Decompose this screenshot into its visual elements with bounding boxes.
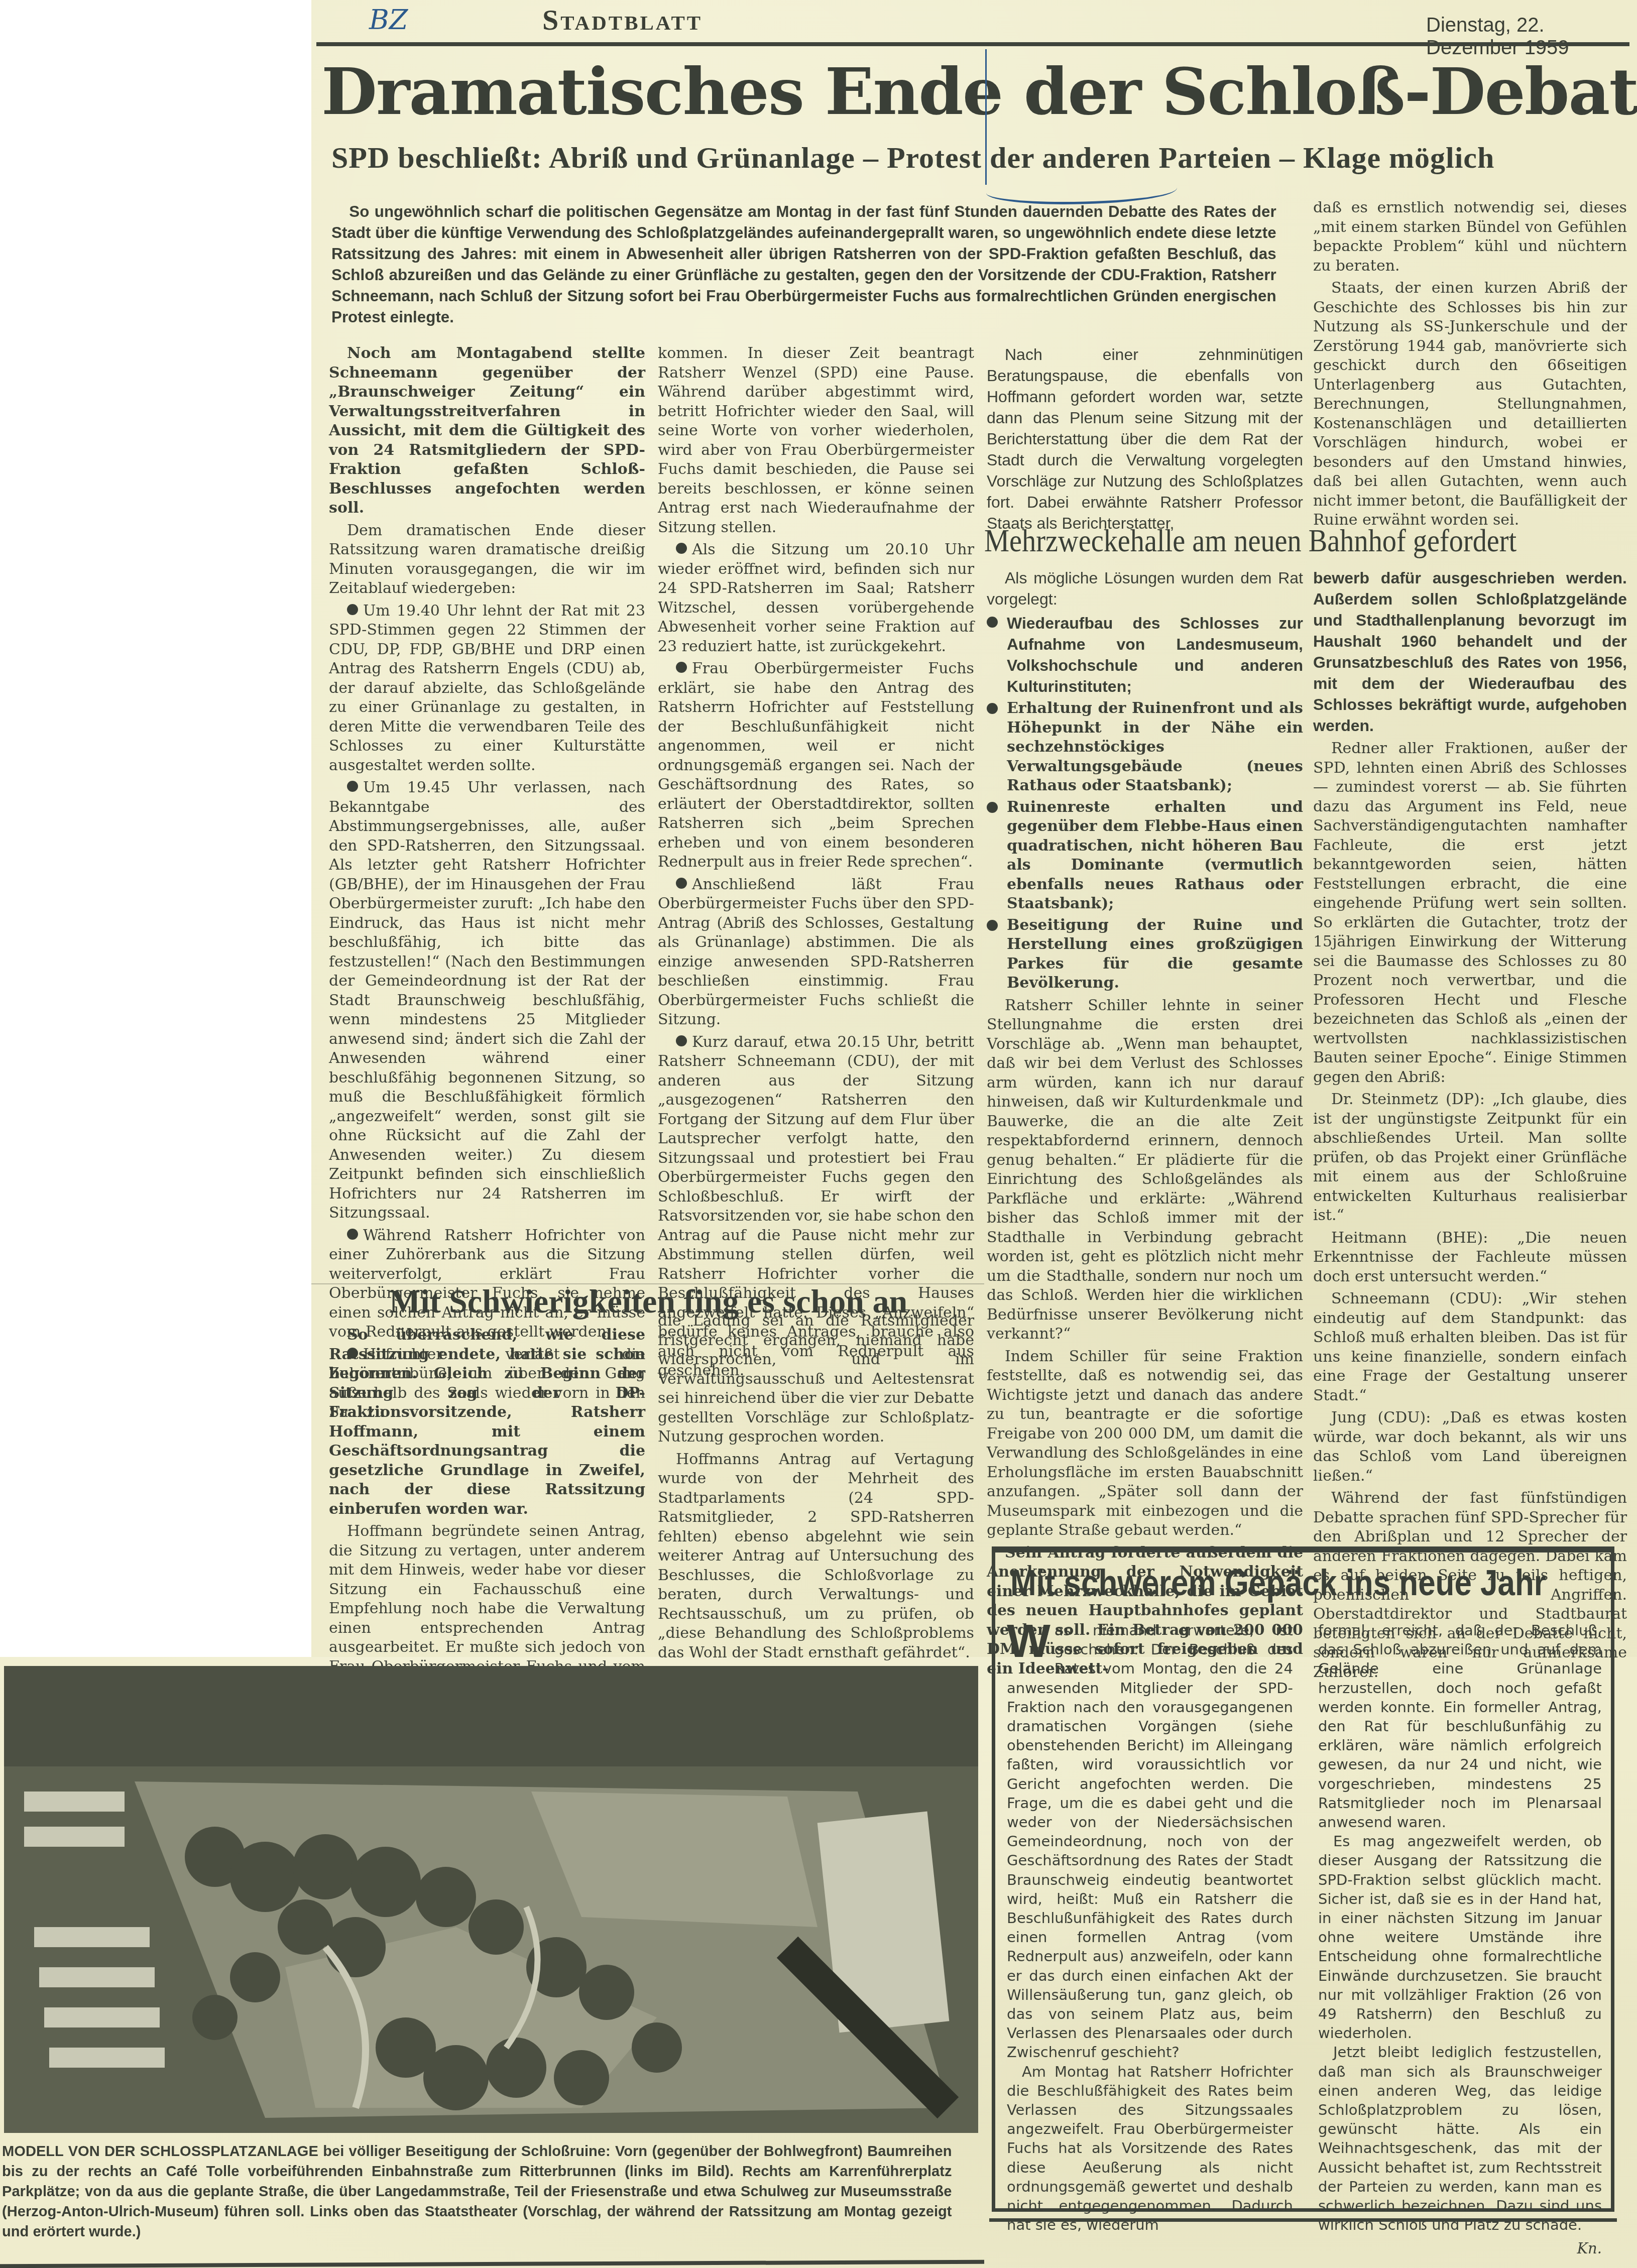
- option-item: Erhaltung der Ruinenfront und als Höhepu…: [987, 699, 1303, 796]
- paragraph-text: Als die Sitzung um 20.10 Uhr wieder eröf…: [658, 541, 974, 655]
- options-intro: Als mögliche Lösungen wurden dem Rat vor…: [987, 567, 1303, 610]
- commentary-title: Mit schwerem Gepäck ins neue Jahr: [1010, 1563, 1546, 1604]
- bullet-icon: [676, 662, 687, 673]
- schlossplatz-model-image: [4, 1666, 978, 2133]
- schwierigkeiten-column-1: So überraschend, wie diese Ratssitzung e…: [329, 1326, 645, 1699]
- paragraph: Heitmann (BHE): „Die neuen Erkenntnisse …: [1313, 1229, 1627, 1287]
- commentary-column-2: formal, erreicht, daß der Beschluß, das …: [1318, 1621, 1602, 2258]
- article-column-2: kommen. In dieser Zeit beantragt Ratsher…: [658, 344, 974, 1384]
- bullet-icon: [987, 802, 998, 813]
- article-column-3-mehrzweck: Als mögliche Lösungen wurden dem Rat vor…: [987, 567, 1303, 1682]
- bullet-icon: [347, 604, 358, 615]
- paragraph: Anschließend läßt Frau Oberbürgermeister…: [658, 875, 974, 1030]
- paragraph: kommen. In dieser Zeit beantragt Ratsher…: [658, 344, 974, 537]
- model-photo: [4, 1666, 978, 2133]
- drop-cap: W: [1007, 1623, 1050, 1660]
- author-signature: Kn.: [1318, 2239, 1602, 2258]
- paragraph: Es mag angezweifelt werden, ob dieser Au…: [1318, 1832, 1602, 2043]
- paragraph: Dem dramatischen Ende dieser Ratssitzung…: [329, 521, 645, 599]
- paragraph: Um 19.45 Uhr verlassen, nach Bekanntgabe…: [329, 778, 645, 1223]
- bullet-icon: [987, 617, 998, 628]
- caption-lead: MODELL VON DER SCHLOSSPLATZANLAGE: [2, 2143, 318, 2160]
- paragraph: Redner aller Fraktionen, außer der SPD, …: [1313, 739, 1627, 1087]
- bullet-icon: [347, 1229, 358, 1240]
- paragraph: bewerb dafür ausgeschrieben werden. Auße…: [1313, 567, 1627, 736]
- box-bottom-rule: [989, 2218, 1617, 2222]
- option-item: Wiederaufbau des Schlosses zur Aufnahme …: [987, 613, 1303, 697]
- bullet-icon: [987, 920, 998, 931]
- paragraph: Als die Sitzung um 20.10 Uhr wieder eröf…: [658, 540, 974, 656]
- paragraph: Dr. Steinmetz (DP): „Ich glaube, dies is…: [1313, 1090, 1627, 1226]
- paragraph: Frau Oberbürgermeister Fuchs erklärt, si…: [658, 659, 974, 872]
- commentary-column-1: Was niemand erwartete, ist geschehen: De…: [1007, 1621, 1293, 2235]
- bullet-icon: [676, 1035, 687, 1046]
- publication-date: Dienstag, 22. Dezember 1959: [1426, 14, 1637, 59]
- paragraph: die Ladung sei an die Ratsmitglieder fri…: [658, 1311, 974, 1447]
- headline: Dramatisches Ende der Schloß-Debatte im …: [321, 54, 1617, 130]
- article-column-4-mehrzweck: bewerb dafür ausgeschrieben werden. Auße…: [1313, 567, 1627, 1685]
- subheadline: SPD beschließt: Abriß und Grünanlage – P…: [331, 141, 1627, 175]
- section-name: Stadtblatt: [542, 3, 703, 37]
- bullet-icon: [347, 781, 358, 792]
- paragraph: Jung (CDU): „Daß es etwas kosten würde, …: [1313, 1408, 1627, 1486]
- photo-caption: MODELL VON DER SCHLOSSPLATZANLAGE bei vö…: [2, 2141, 952, 2242]
- paragraph: Hoffmanns Antrag auf Vertagung wurde von…: [658, 1450, 974, 1663]
- article-column-1: Noch am Montagabend stellte Schneemann g…: [329, 344, 645, 1425]
- bullet-icon: [676, 878, 687, 889]
- paragraph-text: Frau Oberbürgermeister Fuchs erklärt, si…: [658, 660, 974, 871]
- schwierigkeiten-column-2: die Ladung sei an die Ratsmitglieder fri…: [658, 1311, 974, 1665]
- commentary-first-paragraph: Was niemand erwartete, ist geschehen: De…: [1007, 1621, 1293, 2062]
- paragraph-text: as niemand erwartete, ist geschehen: Der…: [1007, 1622, 1293, 2061]
- paragraph: Indem Schiller für seine Fraktion festst…: [987, 1347, 1303, 1540]
- paragraph-text: Um 19.40 Uhr lehnt der Rat mit 23 SPD-St…: [329, 602, 645, 774]
- article-column-4-top: daß es ernstlich notwendig sei, dieses „…: [1313, 198, 1627, 533]
- paragraph: Jetzt bleibt lediglich festzustellen, da…: [1318, 2043, 1602, 2234]
- masthead-rule: [316, 42, 1629, 46]
- paragraph: Nach einer zehnminütigen Beratungspause,…: [987, 344, 1303, 534]
- paragraph: Ratsherr Schiller lehnte in seiner Stell…: [987, 996, 1303, 1344]
- option-item: Beseitigung der Ruine und Herstellung ei…: [987, 916, 1303, 993]
- option-text: Beseitigung der Ruine und Herstellung ei…: [1007, 916, 1303, 992]
- bullet-icon: [987, 703, 998, 714]
- paragraph: formal, erreicht, daß der Beschluß, das …: [1318, 1621, 1602, 1832]
- paragraph-text: Um 19.45 Uhr verlassen, nach Bekanntgabe…: [329, 779, 645, 1222]
- paragraph: Schneemann (CDU): „Wir stehen eindeutig …: [1313, 1289, 1627, 1405]
- handwritten-mark: BZ: [369, 4, 408, 36]
- paragraph: Am Montag hat Ratsherr Hofrichter die Be…: [1007, 2062, 1293, 2235]
- bullet-icon: [676, 543, 687, 554]
- option-text: Ruinenreste erhalten und gegenüber dem F…: [1007, 798, 1303, 913]
- paragraph: Um 19.40 Uhr lehnt der Rat mit 23 SPD-St…: [329, 602, 645, 776]
- lead-text: So ungewöhnlich scharf die politischen G…: [331, 201, 1276, 327]
- option-text: Wiederaufbau des Schlosses zur Aufnahme …: [1007, 614, 1303, 695]
- lead-paragraph: So ungewöhnlich scharf die politischen G…: [331, 201, 1276, 327]
- paragraph: Noch am Montagabend stellte Schneemann g…: [329, 344, 645, 518]
- section-heading-mehrzweckehalle: Mehrzweckehalle am neuen Bahnhof geforde…: [984, 522, 1516, 559]
- paragraph-text: Anschließend läßt Frau Oberbürgermeister…: [658, 876, 974, 1029]
- option-text: Erhaltung der Ruinenfront und als Höhepu…: [1007, 699, 1303, 794]
- paragraph: daß es ernstlich notwendig sei, dieses „…: [1313, 198, 1627, 276]
- article-column-3-top: Nach einer zehnminütigen Beratungspause,…: [987, 344, 1303, 537]
- options-list: Wiederaufbau des Schlosses zur Aufnahme …: [987, 613, 1303, 993]
- paragraph: Staats, der einen kurzen Abriß der Gesch…: [1313, 279, 1627, 530]
- paragraph: So überraschend, wie diese Ratssitzung e…: [329, 1326, 645, 1519]
- option-item: Ruinenreste erhalten und gegenüber dem F…: [987, 798, 1303, 914]
